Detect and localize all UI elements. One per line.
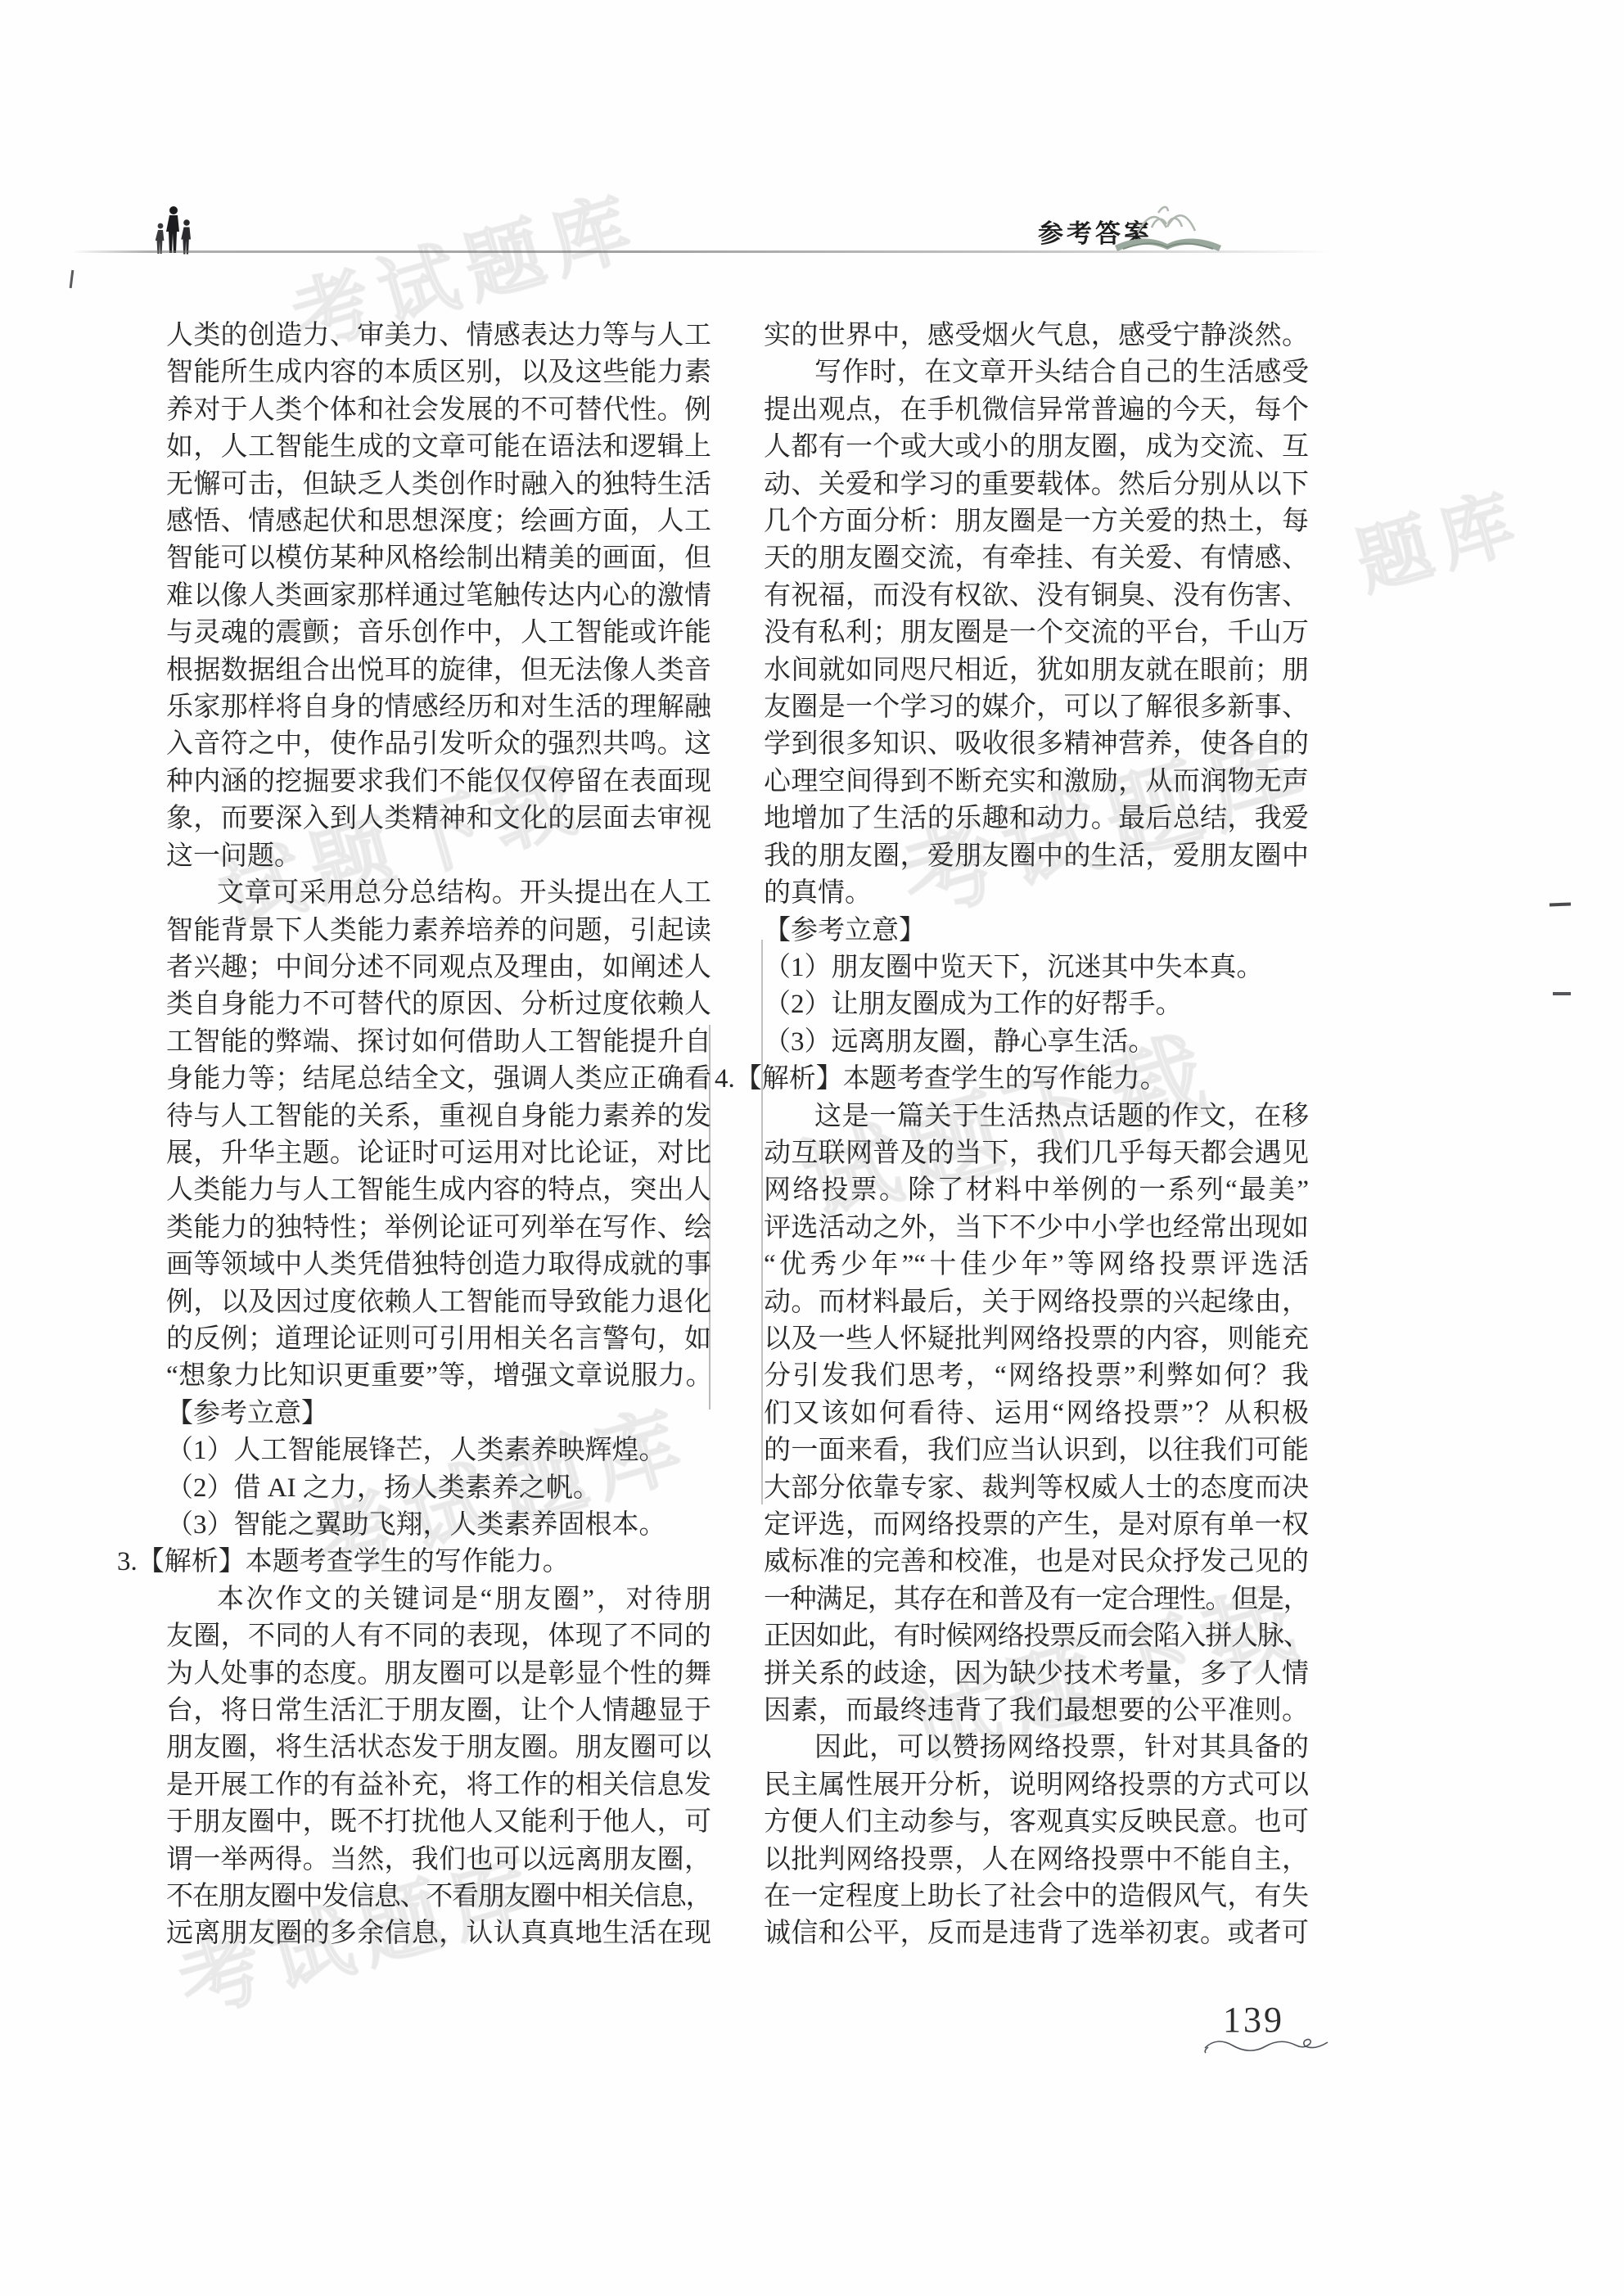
text-line: 以批判网络投票，人在网络投票中不能自主， <box>764 1842 1309 1879</box>
text-line: （3）智能之翼助飞翔，人类素养固根本。 <box>166 1507 711 1544</box>
text-line: 分引发我们思考，“网络投票”利弊如何？我 <box>764 1358 1309 1395</box>
text-line: 谓一举两得。当然，我们也可以远离朋友圈， <box>166 1842 711 1879</box>
text-line: 友圈是一个学习的媒介，可以了解很多新事、 <box>764 689 1309 726</box>
text-line: 这一问题。 <box>166 838 711 875</box>
text-column-left: 人类的创造力、审美力、情感表达力等与人工智能所生成内容的本质区别，以及这些能力素… <box>166 318 711 1953</box>
text-line: 水间就如同咫尺相近，犹如朋友就在眼前；朋 <box>764 652 1309 689</box>
text-line: 正因如此，有时候网络投票反而会陷入拼人脉、 <box>764 1618 1309 1655</box>
text-line: 在一定程度上助长了社会中的造假风气，有失 <box>764 1879 1309 1915</box>
text-line: 实的世界中，感受烟火气息，感受宁静淡然。 <box>764 318 1309 354</box>
text-line: （2）借 AI 之力，扬人类素养之帆。 <box>166 1470 711 1507</box>
text-line: 智能所生成内容的本质区别，以及这些能力素 <box>166 354 711 391</box>
text-line: （3）远离朋友圈，静心享生活。 <box>764 1024 1309 1061</box>
text-line: 动互联网普及的当下，我们几乎每天都会遇见 <box>764 1135 1309 1172</box>
text-line: 的反例；道理论证则可引用相关名言警句，如 <box>166 1321 711 1358</box>
text-line: 乐家那样将自身的情感经历和对生活的理解融 <box>166 689 711 726</box>
document-page: 考试题库试题下载考试题库试题下载考试题库试题下载考试题库题库 参考答案 <box>0 0 1624 2296</box>
text-line: 文章可采用总分总结构。开头提出在人工 <box>166 875 711 912</box>
text-line: 没有私利；朋友圈是一个交流的平台，千山万 <box>764 615 1309 652</box>
watermark-text: 题库 <box>1342 461 1536 610</box>
text-line: 威标准的完善和校准，也是对民众抒发己见的 <box>764 1544 1309 1581</box>
text-line: 人都有一个或大或小的朋友圈，成为交流、互 <box>764 429 1309 466</box>
text-line: 身能力等；结尾总结全文，强调人类应正确看 <box>166 1061 711 1098</box>
text-line: 智能背景下人类能力素养培养的问题，引起读 <box>166 913 711 950</box>
text-line: 的真情。 <box>764 875 1309 912</box>
text-line: 这是一篇关于生活热点话题的作文，在移 <box>764 1098 1309 1135</box>
text-line: 友圈，不同的人有不同的表现，体现了不同的 <box>166 1618 711 1655</box>
text-line: 如，人工智能生成的文章可能在语法和逻辑上 <box>166 429 711 466</box>
text-line: 无懈可击，但缺乏人类创作时融入的独特生活 <box>166 467 711 503</box>
text-line: 们又该如何看待、运用“网络投票”？从积极 <box>764 1396 1309 1432</box>
text-line: 人类的创造力、审美力、情感表达力等与人工 <box>166 318 711 354</box>
text-line: 养对于人类个体和社会发展的不可替代性。例 <box>166 392 711 429</box>
text-line: 心理空间得到不断充实和激励，从而润物无声 <box>764 764 1309 801</box>
text-line: 写作时，在文章开头结合自己的生活感受 <box>764 354 1309 391</box>
text-line: 天的朋友圈交流，有牵挂、有关爱、有情感、 <box>764 540 1309 577</box>
text-line: 因此，可以赞扬网络投票，针对其具备的 <box>764 1730 1309 1766</box>
text-line: 为人处事的态度。朋友圈可以是彰显个性的舞 <box>166 1656 711 1693</box>
scan-artifact <box>1550 903 1571 907</box>
text-line: 类自身能力不可替代的原因、分析过度依赖人 <box>166 986 711 1023</box>
text-line: 感悟、情感起伏和思想深度；绘画方面，人工 <box>166 503 711 540</box>
text-line: 以及一些人怀疑批判网络投票的内容，则能充 <box>764 1321 1309 1358</box>
swirl-flourish-icon <box>1202 2035 1349 2056</box>
text-line: 方便人们主动参与，客观真实反映民意。也可 <box>764 1804 1309 1841</box>
text-line: 朋友圈，将生活状态发于朋友圈。朋友圈可以 <box>166 1730 711 1766</box>
text-line: “想象力比知识更重要”等，增强文章说服力。 <box>166 1358 711 1395</box>
text-line: 地增加了生活的乐趣和动力。最后总结，我爱 <box>764 801 1309 837</box>
text-line: 我的朋友圈，爱朋友圈中的生活，爱朋友圈中 <box>764 838 1309 875</box>
text-line: 例，以及因过度依赖人工智能而导致能力退化 <box>166 1284 711 1321</box>
text-line: 于朋友圈中，既不打扰他人又能利于他人，可 <box>166 1804 711 1841</box>
text-line: 工智能的弊端、探讨如何借助人工智能提升自 <box>166 1024 711 1061</box>
text-line: 评选活动之外，当下不少中小学也经常出现如 <box>764 1210 1309 1247</box>
text-line: 4.【解析】本题考查学生的写作能力。 <box>715 1061 1309 1098</box>
text-line: 根据数据组合出悦耳的旋律，但无法像人类音 <box>166 652 711 689</box>
text-line: 智能可以模仿某种风格绘制出精美的画面，但 <box>166 540 711 577</box>
text-line: （1）朋友圈中览天下，沉迷其中失本真。 <box>764 950 1309 986</box>
text-line: 远离朋友圈的多余信息，认认真真地生活在现 <box>166 1915 711 1952</box>
text-line: 民主属性展开分析，说明网络投票的方式可以 <box>764 1767 1309 1804</box>
text-line: （1）人工智能展锋芒，人类素养映辉煌。 <box>166 1432 711 1469</box>
text-line: 【参考立意】 <box>764 913 1309 950</box>
text-line: 网络投票。除了材料中举例的一系列“最美” <box>764 1172 1309 1209</box>
text-line: 本次作文的关键词是“朋友圈”，对待朋 <box>166 1581 711 1618</box>
text-line: 一种满足，其存在和普及有一定合理性。但是， <box>764 1581 1309 1618</box>
text-line: 不在朋友圈中发信息、不看朋友圈中相关信息， <box>166 1879 711 1915</box>
text-line: 象，而要深入到人类精神和文化的层面去审视 <box>166 801 711 837</box>
text-line: 台，将日常生活汇于朋友圈，让个人情趣显于 <box>166 1693 711 1730</box>
text-line: 画等领域中人类凭借独特创造力取得成就的事 <box>166 1247 711 1283</box>
scan-artifact <box>1553 992 1571 995</box>
text-line: 种内涵的挖掘要求我们不能仅仅停留在表面现 <box>166 764 711 801</box>
open-book-icon <box>1107 200 1229 260</box>
scan-fold-line <box>709 1025 710 1410</box>
text-line: 展，升华主题。论证时可运用对比论证，对比 <box>166 1135 711 1172</box>
text-line: 者兴趣；中间分述不同观点及理由，如阐述人 <box>166 950 711 986</box>
scan-artifact <box>70 270 74 288</box>
text-line: （2）让朋友圈成为工作的好帮手。 <box>764 986 1309 1023</box>
text-line: 因素，而最终违背了我们最想要的公平准则。 <box>764 1693 1309 1730</box>
text-line: 待与人工智能的关系，重视自身能力素养的发 <box>166 1098 711 1135</box>
text-line: 【参考立意】 <box>166 1396 711 1432</box>
text-line: 大部分依靠专家、裁判等权威人士的态度而决 <box>764 1470 1309 1507</box>
text-line: 提出观点，在手机微信异常普遍的今天，每个 <box>764 392 1309 429</box>
text-column-right: 实的世界中，感受烟火气息，感受宁静淡然。写作时，在文章开头结合自己的生活感受提出… <box>764 318 1309 1953</box>
text-line: 定评选，而网络投票的产生，是对原有单一权 <box>764 1507 1309 1544</box>
text-line: 几个方面分析：朋友圈是一方关爱的热土，每 <box>764 503 1309 540</box>
text-line: 难以像人类画家那样通过笔触传达内心的激情 <box>166 578 711 615</box>
text-line: 拼关系的歧途，因为缺少技术考量，多了人情 <box>764 1656 1309 1693</box>
text-line: 人类能力与人工智能生成内容的特点，突出人 <box>166 1172 711 1209</box>
text-line: 动。而材料最后，关于网络投票的兴起缘由， <box>764 1284 1309 1321</box>
text-line: 是开展工作的有益补充，将工作的相关信息发 <box>166 1767 711 1804</box>
scan-fold-line <box>761 940 763 1504</box>
family-figures-icon <box>156 205 193 257</box>
text-line: 与灵魂的震颤；音乐创作中，人工智能或许能 <box>166 615 711 652</box>
text-line: 有祝福，而没有权欲、没有铜臭、没有伤害、 <box>764 578 1309 615</box>
text-line: 诚信和公平，反而是违背了选举初衷。或者可 <box>764 1915 1309 1952</box>
text-line: 入音符之中，使作品引发听众的强烈共鸣。这 <box>166 726 711 763</box>
text-line: “优秀少年”“十佳少年”等网络投票评选活 <box>764 1247 1309 1283</box>
text-line: 3.【解析】本题考查学生的写作能力。 <box>117 1544 711 1581</box>
text-line: 类能力的独特性；举例论证可列举在写作、绘 <box>166 1210 711 1247</box>
text-line: 学到很多知识、吸收很多精神营养，使各自的 <box>764 726 1309 763</box>
text-line: 的一面来看，我们应当认识到，以往我们可能 <box>764 1432 1309 1469</box>
text-line: 动、关爱和学习的重要载体。然后分别从以下 <box>764 467 1309 503</box>
